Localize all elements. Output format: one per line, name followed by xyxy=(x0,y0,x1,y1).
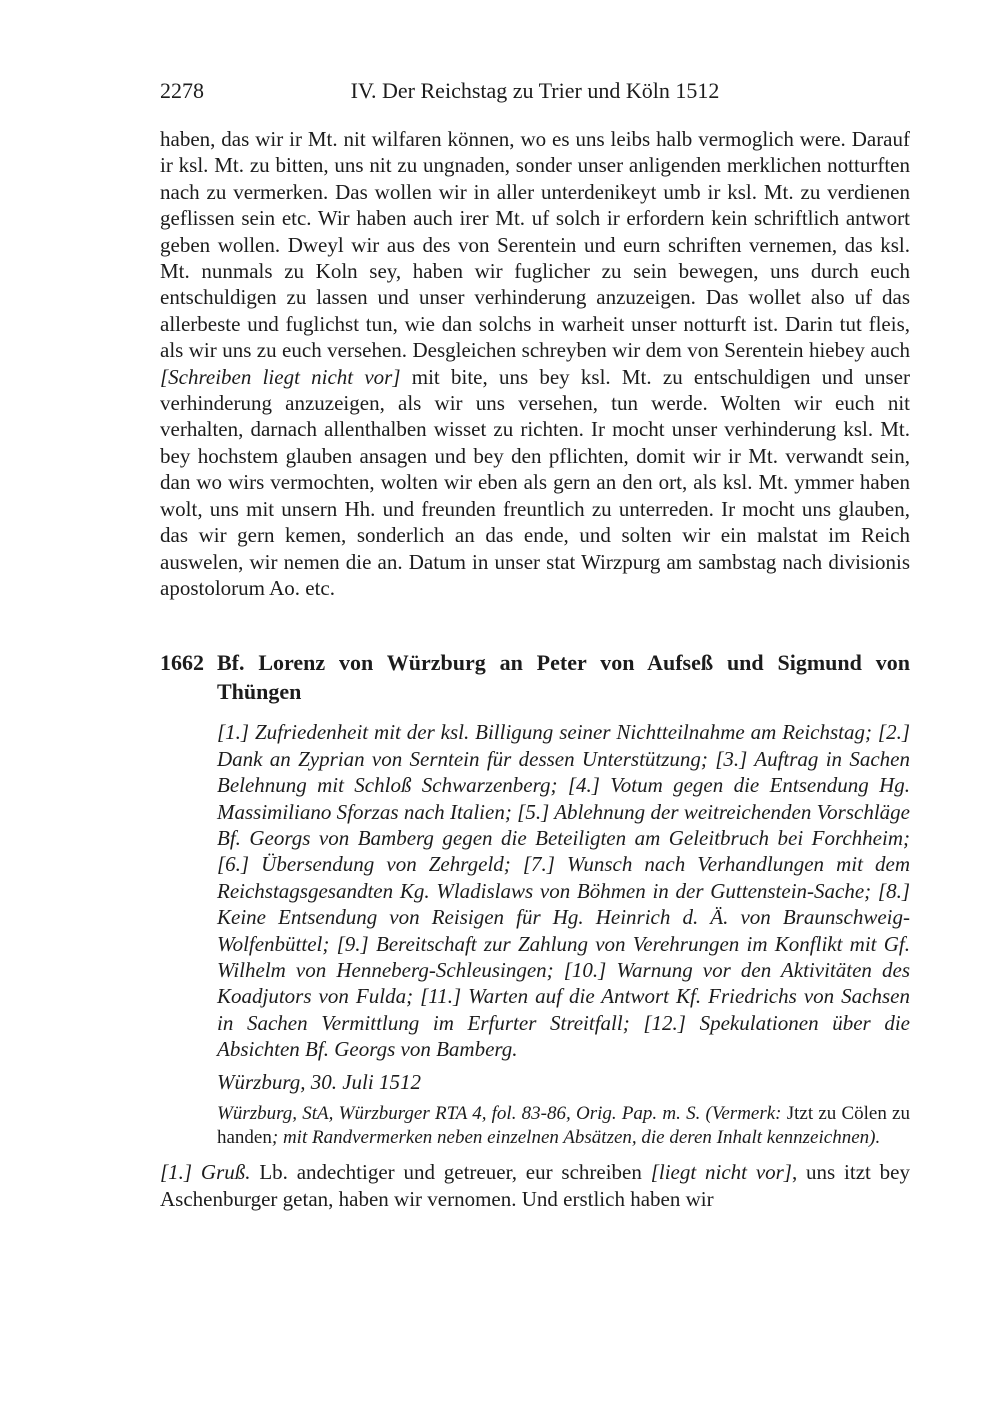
running-title: IV. Der Reichstag zu Trier und Köln 1512 xyxy=(351,78,720,103)
entry-heading: 1662 Bf. Lorenz von Würzburg an Peter vo… xyxy=(160,648,910,706)
entry-number: 1662 xyxy=(160,648,217,706)
entry-dateline: Würzburg, 30. Juli 1512 xyxy=(217,1069,910,1095)
entry-summary: [1.] Zufriedenheit mit der ksl. Billigun… xyxy=(217,719,910,1062)
entry-title: Bf. Lorenz von Würzburg an Peter von Auf… xyxy=(217,648,910,706)
letter-opening-paragraph: [1.] Gruß. Lb. andechtiger und getreuer,… xyxy=(160,1159,910,1212)
letter-continuation-paragraph: haben, das wir ir Mt. nit wilfaren könne… xyxy=(160,126,910,601)
page-number: 2278 xyxy=(160,78,204,104)
entry-provenance: Würzburg, StA, Würzburger RTA 4, fol. 83… xyxy=(217,1102,910,1151)
document-page: 2278 IV. Der Reichstag zu Trier und Köln… xyxy=(0,0,1004,1418)
page-header: 2278 IV. Der Reichstag zu Trier und Köln… xyxy=(160,78,910,104)
